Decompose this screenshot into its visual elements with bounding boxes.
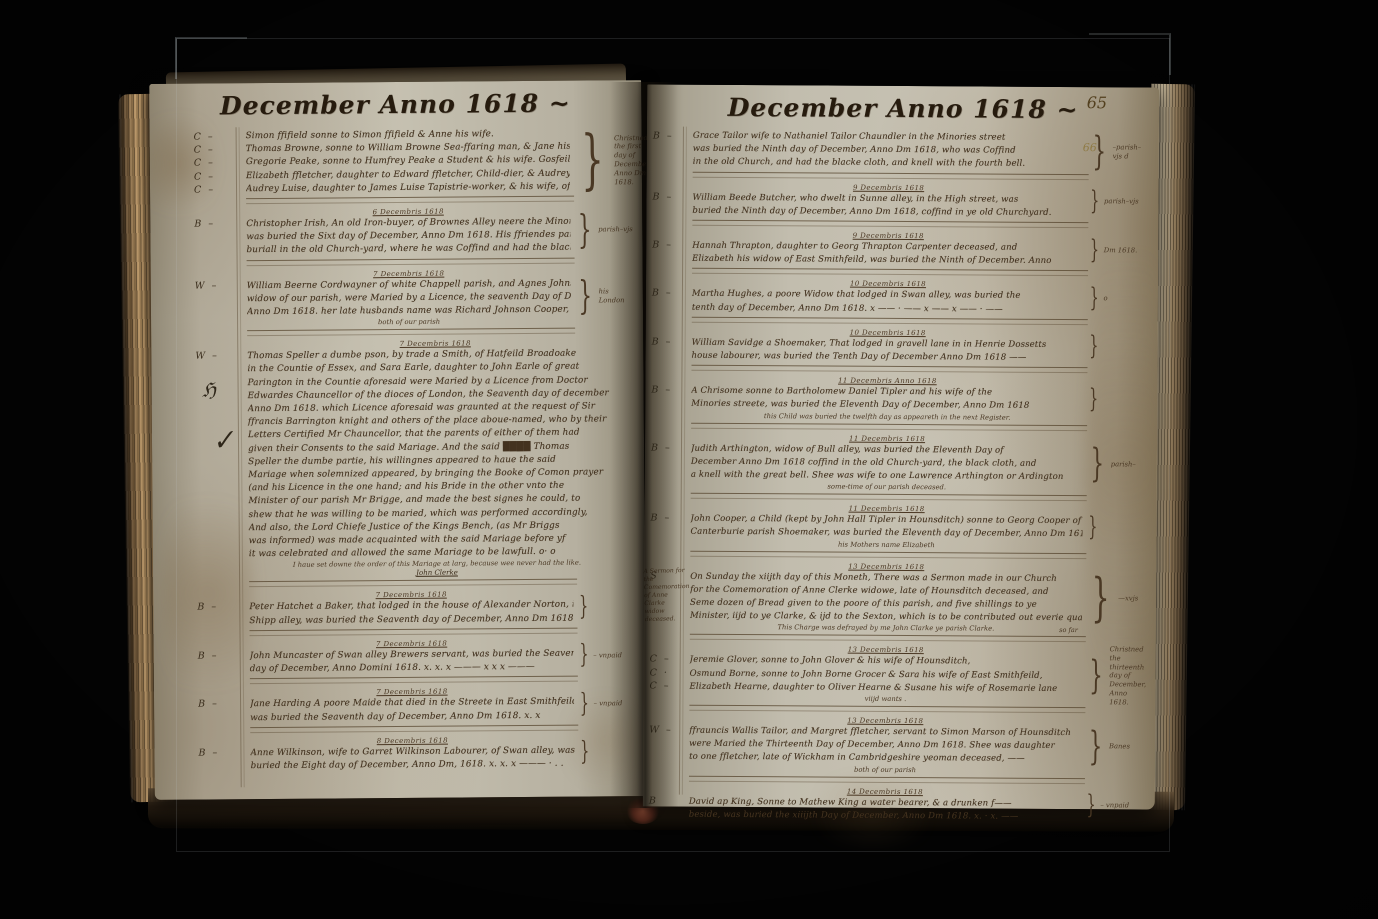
entry-line: in the old Church, and had the blacke cl… bbox=[693, 156, 1085, 172]
brace-icon: } bbox=[1086, 794, 1095, 817]
brace-icon: } bbox=[1089, 335, 1098, 358]
entry-marginal-note: }Christned the first day of December Ann… bbox=[572, 126, 635, 195]
monogram-mark: ℌ bbox=[201, 379, 217, 402]
entry-marginal-note: }–parish–vjs d bbox=[1087, 131, 1149, 173]
rule-line bbox=[690, 550, 1086, 558]
margin-letter: C – bbox=[650, 680, 694, 691]
margin-letter: C – bbox=[194, 144, 238, 155]
margin-letter: B – bbox=[653, 130, 697, 141]
brace-icon: } bbox=[1089, 729, 1103, 764]
margin-letter: B – bbox=[652, 288, 696, 299]
entry-note-text: Dm 1618. bbox=[1104, 246, 1138, 255]
right-page-entries: Grace Tailor wife to Nathaniel Tailor Ch… bbox=[689, 129, 1147, 802]
margin-letter: C – bbox=[194, 131, 238, 142]
photograph-of-parish-register: December Anno 1618 ~ Simon ffifield sonn… bbox=[0, 0, 1378, 919]
entry-line: Audrey Luise, daughter to James Luise Ta… bbox=[246, 180, 570, 196]
entry-marginal-note: } bbox=[1085, 328, 1147, 367]
register-entry: 10 Decembris 1618Martha Hughes, a poore … bbox=[692, 277, 1146, 318]
margin-letter: B – bbox=[652, 239, 696, 250]
register-entry: 6 Decembris 1618Christopher Irish, An ol… bbox=[246, 204, 632, 259]
entry-line: buried the Eight day of December, Anno D… bbox=[251, 758, 575, 774]
margin-letter: B – bbox=[652, 336, 696, 347]
entry-marginal-note: }parish–vjs bbox=[1086, 183, 1148, 222]
brace-icon: } bbox=[1091, 575, 1109, 622]
rule-line bbox=[691, 493, 1087, 501]
rule-line bbox=[689, 705, 1085, 713]
margin-letter: C – bbox=[194, 184, 238, 195]
rule-line bbox=[247, 257, 575, 266]
entry-marginal-note: }parish– bbox=[1085, 434, 1147, 495]
entry-line: Elizabeth Hearne, daughter to Oliver Hea… bbox=[689, 681, 1081, 697]
entry-line: day of December, Anno Domini 1618. x. x.… bbox=[250, 661, 574, 677]
brace-icon: } bbox=[1088, 516, 1097, 539]
margin-letter: B bbox=[649, 795, 693, 806]
entry-note-text: Christned the first day of December Anno… bbox=[614, 134, 650, 187]
entry-note-text: parish– bbox=[1111, 460, 1136, 469]
margin-letter: W – bbox=[195, 280, 239, 291]
register-entry: 13 Decembris 1618Jeremie Glover, sonne t… bbox=[689, 643, 1143, 706]
margin-letter: W – bbox=[649, 725, 693, 736]
margin-letter: B – bbox=[197, 602, 241, 613]
brace-icon: } bbox=[578, 213, 592, 248]
entry-line: buriall in the old Church-yard, where he… bbox=[246, 242, 570, 258]
register-entry: 7 Decembris 1618Jane Harding A poore Mai… bbox=[250, 684, 636, 725]
register-entry: 8 Decembris 1618Anne Wilkinson, wife to … bbox=[250, 733, 636, 774]
register-entry: 13 Decembris 1618On Sunday the xiijth da… bbox=[690, 559, 1144, 636]
right-register-page: December Anno 1618 ~ 65 66 Grace Tailor … bbox=[643, 84, 1159, 809]
rule-line bbox=[691, 365, 1087, 373]
brace-icon: } bbox=[1090, 287, 1099, 310]
rule-line bbox=[247, 328, 575, 337]
entry-note-text: parish–vjs bbox=[1104, 198, 1139, 207]
margin-letter: B – bbox=[651, 442, 695, 453]
rule-line bbox=[690, 634, 1086, 642]
entry-line: Shipp alley, was buried the Seaventh day… bbox=[249, 612, 573, 628]
register-entry: 11 Decembris Anno 1618A Chrisome sonne t… bbox=[691, 374, 1145, 424]
entry-marginal-note: }his London bbox=[573, 266, 635, 327]
entry-marginal-note: } bbox=[1084, 504, 1146, 552]
entry-line: a knell with the great bell. Shee was wi… bbox=[691, 469, 1083, 485]
entry-note-text: – vnpaid bbox=[593, 651, 622, 660]
margin-letter: B – bbox=[198, 747, 242, 758]
entry-note-text: o bbox=[1103, 294, 1107, 303]
register-entry: 11 Decembris 1618Judith Arthington, wido… bbox=[691, 431, 1145, 494]
entry-line: to one ffletcher, late of Wickham in Cam… bbox=[689, 751, 1081, 767]
brace-icon: } bbox=[579, 644, 588, 667]
entry-marginal-note: }– vnpaid bbox=[576, 636, 638, 675]
rule-line bbox=[692, 220, 1088, 228]
entry-note-text: Christned the thirteenth day of December… bbox=[1109, 645, 1146, 707]
margin-letter: W – bbox=[195, 350, 239, 361]
entry-line: Elizabeth his widow of East Smithfeild, … bbox=[692, 253, 1084, 269]
entry-line: tenth day of December, Anno Dm 1618. x —… bbox=[692, 301, 1084, 317]
entry-line: Minories streete, was buried the Elevent… bbox=[691, 398, 1083, 414]
margin-letter: C – bbox=[650, 654, 694, 665]
brace-icon: } bbox=[579, 595, 588, 618]
entry-note-text: —xvjs bbox=[1118, 594, 1138, 603]
register-entry: 7 Decembris 1618Peter Hatchet a Baker, t… bbox=[249, 588, 635, 629]
register-entry: 11 Decembris 1618John Cooper, a Child (k… bbox=[690, 502, 1144, 552]
entry-note-text: – vnpaid bbox=[594, 699, 623, 708]
entry-note-text: – vnpaid bbox=[1100, 802, 1129, 811]
register-entry: 7 Decembris 1618Thomas Speller a dumbe p… bbox=[247, 336, 635, 580]
rule-line bbox=[249, 627, 577, 636]
brace-icon: } bbox=[1092, 134, 1106, 169]
brace-icon: } bbox=[580, 692, 589, 715]
entry-subline-right: so far bbox=[1059, 626, 1078, 634]
check-mark: ✓ bbox=[210, 424, 237, 458]
margin-letter: C · bbox=[650, 667, 694, 678]
brace-icon: } bbox=[1090, 239, 1099, 262]
rule-line bbox=[250, 676, 578, 685]
margin-letter: B – bbox=[651, 385, 695, 396]
entry-marginal-note: } bbox=[1085, 376, 1147, 424]
brace-icon: } bbox=[1089, 388, 1098, 411]
rule-line bbox=[249, 579, 577, 588]
register-entry: 7 Decembris 1618John Muncaster of Swan a… bbox=[250, 636, 636, 677]
rule-line bbox=[246, 196, 574, 205]
margin-letter: B – bbox=[194, 218, 238, 229]
entry-line: buried the Ninth day of December, Anno D… bbox=[692, 205, 1084, 221]
folio-number: 65 bbox=[1087, 93, 1107, 112]
rule-line bbox=[250, 724, 578, 733]
margin-note: A Sermon for the Comemoration of Anne Cl… bbox=[643, 567, 687, 624]
register-entry: Simon ffifield sonne to Simon ffifield &… bbox=[246, 126, 633, 197]
register-entry: 10 Decembris 1618William Savidge a Shoem… bbox=[692, 326, 1146, 367]
left-page-entries: Simon ffifield sonne to Simon ffifield &… bbox=[246, 126, 637, 791]
brace-icon: } bbox=[1090, 190, 1099, 213]
rule-line bbox=[689, 775, 1085, 783]
register-entry: 9 Decembris 1618William Beede Butcher, w… bbox=[692, 180, 1146, 221]
rule-line bbox=[693, 171, 1089, 179]
entry-note-text: Banes bbox=[1109, 742, 1130, 751]
entry-line: beside, was buried the xiiijth Day of De… bbox=[689, 809, 1081, 825]
rule-line bbox=[692, 317, 1088, 325]
margin-letter: C – bbox=[194, 171, 238, 182]
margin-letter: B – bbox=[651, 513, 695, 524]
entry-marginal-note: }—xvjs bbox=[1084, 562, 1146, 636]
entry-marginal-note: }o bbox=[1086, 280, 1148, 319]
entry-marginal-note: }Banes bbox=[1083, 716, 1145, 777]
brace-icon: } bbox=[581, 131, 604, 190]
entry-marginal-note: } bbox=[575, 588, 637, 627]
left-register-page: December Anno 1618 ~ Simon ffifield sonn… bbox=[149, 80, 647, 800]
register-entry: 7 Decembris 1618William Beerne Cordwayne… bbox=[247, 266, 633, 330]
register-entry: Grace Tailor wife to Nathaniel Tailor Ch… bbox=[693, 129, 1147, 173]
entry-note-text: his London bbox=[599, 287, 635, 305]
rule-line bbox=[691, 422, 1087, 430]
entry-line: house labourer, was buried the Tenth Day… bbox=[692, 350, 1084, 366]
margin-letter: B – bbox=[652, 191, 696, 202]
entry-marginal-note: }Christned the thirteenth day of Decembe… bbox=[1083, 646, 1145, 707]
margin-letter: B – bbox=[198, 650, 242, 661]
left-page-header: December Anno 1618 ~ bbox=[149, 88, 641, 121]
register-entry: 9 Decembris 1618Hannah Thrapton, daughte… bbox=[692, 229, 1146, 270]
entry-marginal-note: }– vnpaid bbox=[576, 684, 638, 723]
entry-marginal-note: }– vnpaid bbox=[1083, 787, 1145, 826]
margin-letter: C – bbox=[194, 158, 238, 169]
entry-subline: This Charge was defrayed by me John Clar… bbox=[690, 623, 1082, 634]
entry-note-text: –parish–vjs d bbox=[1113, 143, 1149, 161]
brace-icon: } bbox=[580, 741, 589, 764]
register-entry: 13 Decembris 1618ffrauncis Wallis Tailor… bbox=[689, 714, 1143, 777]
entry-line: Canterburie parish Shoemaker, was buried… bbox=[690, 526, 1082, 542]
entry-marginal-note: }Dm 1618. bbox=[1086, 231, 1148, 270]
entry-note-text: parish–vjs bbox=[598, 226, 633, 235]
right-page-header: December Anno 1618 ~ bbox=[647, 92, 1159, 124]
brace-icon: } bbox=[578, 279, 592, 314]
brace-icon: } bbox=[1089, 658, 1103, 693]
entry-line: was buried the Seaventh day of December,… bbox=[250, 709, 574, 725]
brace-icon: } bbox=[1090, 447, 1104, 482]
register-entry: 14 Decembris 1618David ap King, Sonne to… bbox=[689, 784, 1143, 825]
entry-marginal-note: }parish–vjs bbox=[572, 204, 634, 256]
rule-line bbox=[692, 268, 1088, 276]
margin-letter: B – bbox=[198, 699, 242, 710]
entry-marginal-note: } bbox=[576, 733, 638, 772]
